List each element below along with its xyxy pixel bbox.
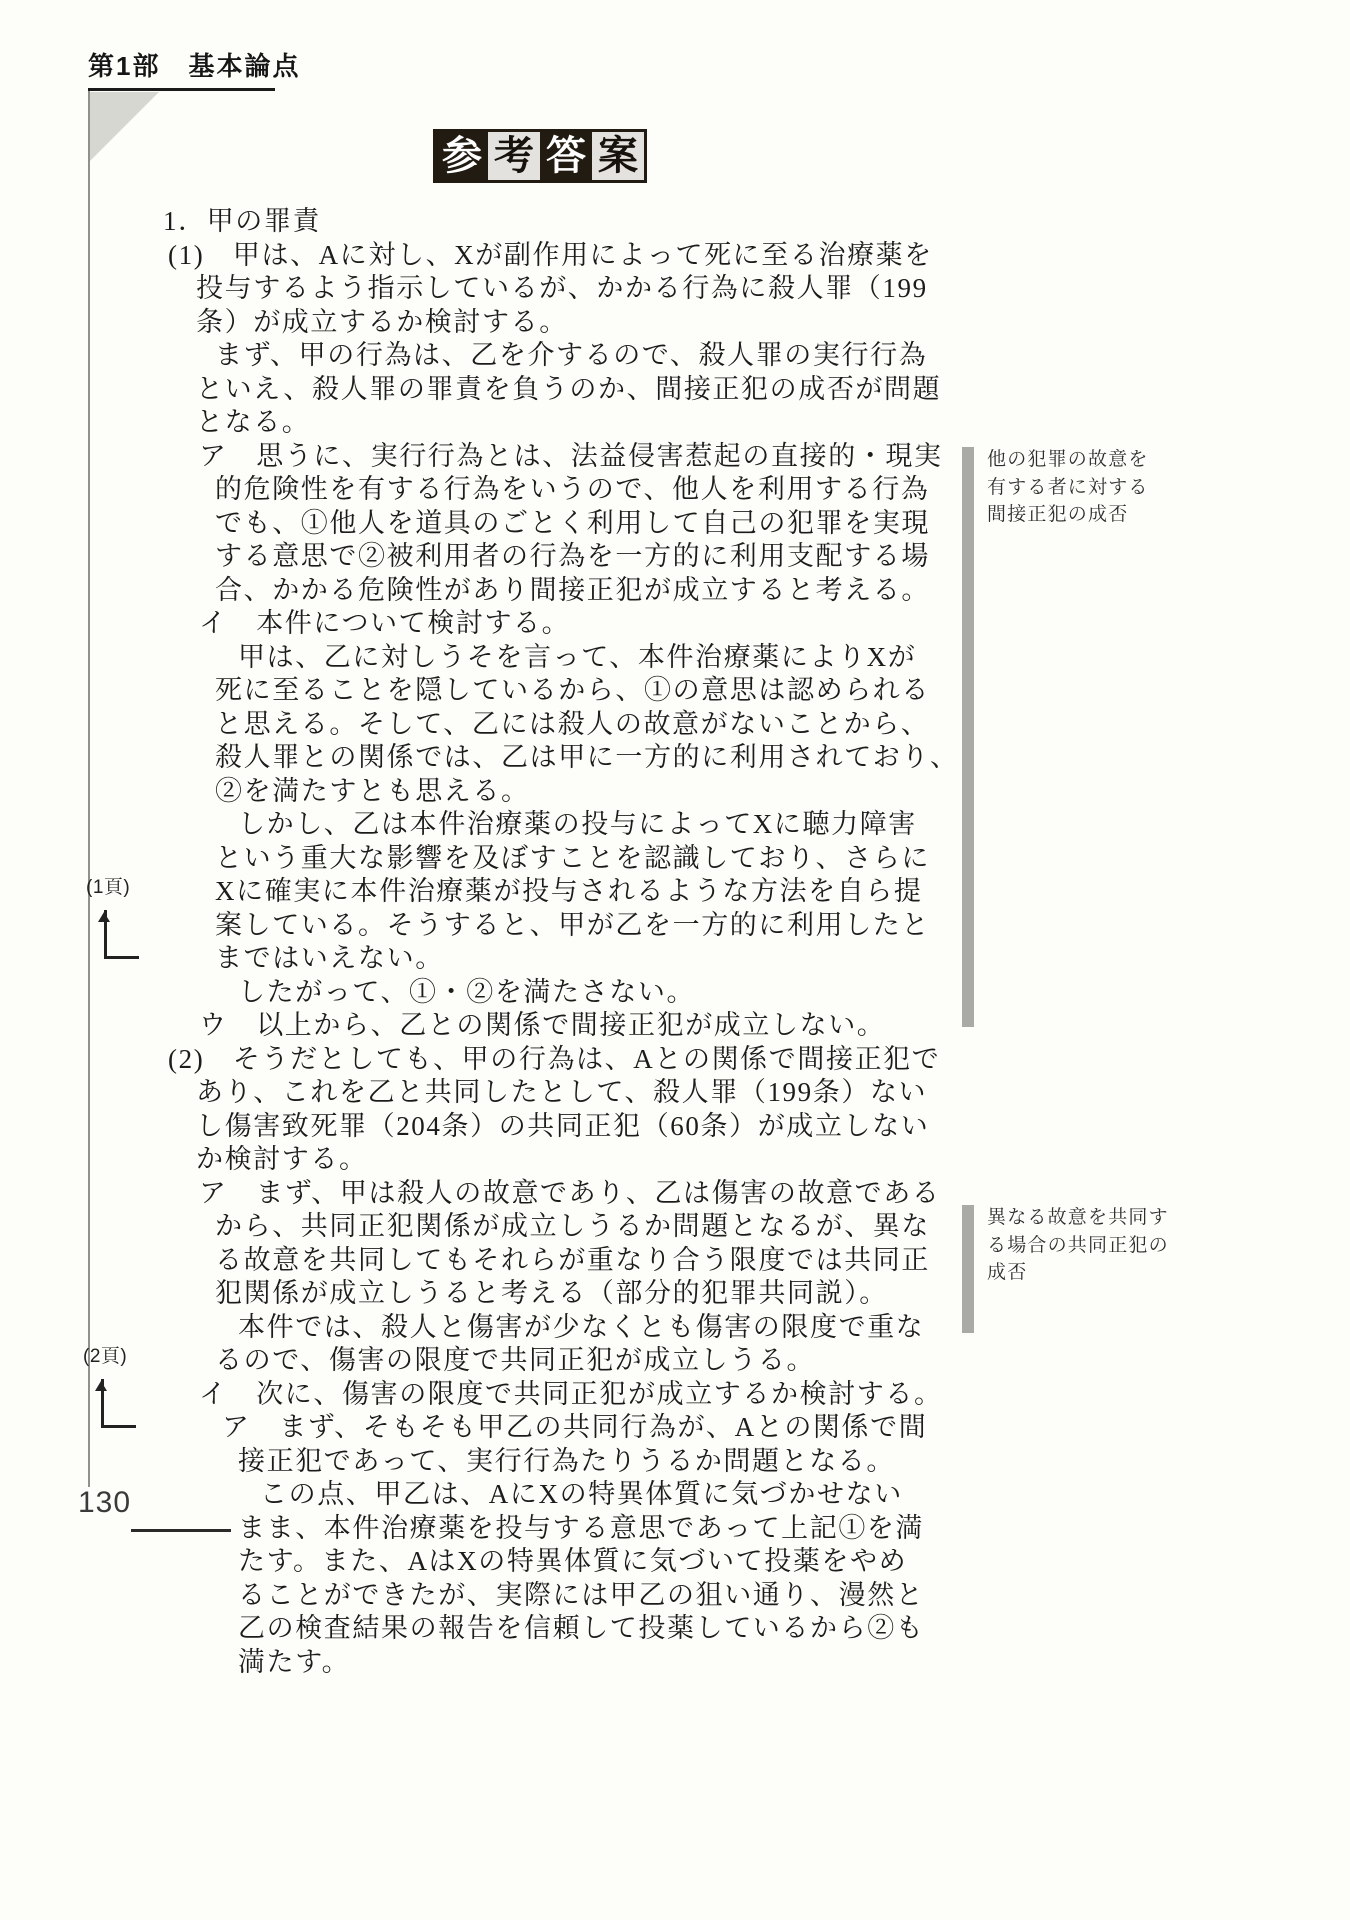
body-line: るので、傷害の限度で共同正犯が成立しうる。 [0,1344,1010,1378]
header-underline [88,88,275,91]
body-line: 投与するよう指示しているが、かかる行為に殺人罪（199 [0,272,1010,306]
body-line: となる。 [0,406,1010,440]
body-line: といえ、殺人罪の罪責を負うのか、間接正犯の成否が問題 [0,373,1010,407]
body-line: Xに確実に本件治療薬が投与されるような方法を自ら提 [0,875,1010,909]
answer-title-char: 参 [436,132,488,180]
body-line: と思える。そして、乙には殺人の故意がないことから、 [0,708,1010,742]
body-line: (1) 甲は、Aに対し、Xが副作用によって死に至る治療薬を [0,239,1010,273]
textbook-page: 第1部 基本論点 参 考 答 案 1．甲の罪責(1) 甲は、Aに対し、Xが副作用… [0,0,1350,1920]
body-line: 接正犯であって、実行行為たりうるか問題となる。 [0,1445,1010,1479]
body-line: という重大な影響を及ぼすことを認識しており、さらに [0,842,1010,876]
page-number: 130 [78,1486,131,1520]
margin-note-line: る場合の共同正犯の [987,1232,1287,1260]
page-marker-arrow-icon [104,910,139,959]
body-line: ア まず、そもそも甲乙の共同行為が、Aとの関係で間 [0,1411,1010,1445]
body-line: ア まず、甲は殺人の故意であり、乙は傷害の故意である [0,1177,1010,1211]
body-line: (2) そうだとしても、甲の行為は、Aとの関係で間接正犯で [0,1043,1010,1077]
body-line: か検討する。 [0,1143,1010,1177]
page-marker-label: (1頁) [86,872,130,899]
body-line: 乙の検査結果の報告を信頼して投薬しているから②も [0,1612,1010,1646]
margin-note: 異なる故意を共同する場合の共同正犯の成否 [987,1204,1287,1287]
footer-rule [131,1529,231,1532]
body-line: 殺人罪との関係では、乙は甲に一方的に利用されており、 [0,741,1010,775]
body-line: る故意を共同してもそれらが重なり合う限度では共同正 [0,1244,1010,1278]
body-line: 的危険性を有する行為をいうので、他人を利用する行為 [0,473,1010,507]
margin-note-line: 異なる故意を共同す [987,1204,1287,1232]
margin-note-line: 有する者に対する [987,474,1287,502]
answer-title: 参 考 答 案 [433,129,647,183]
body-line: 1．甲の罪責 [0,205,1010,239]
body-line: イ 本件について検討する。 [0,607,1010,641]
body-line: 本件では、殺人と傷害が少なくとも傷害の限度で重な [0,1311,1010,1345]
body-line: し傷害致死罪（204条）の共同正犯（60条）が成立しない [0,1110,1010,1144]
corner-fold-decoration [89,92,159,162]
body-line: 案している。そうすると、甲が乙を一方的に利用したと [0,909,1010,943]
answer-title-char: 答 [540,132,592,180]
body-line: イ 次に、傷害の限度で共同正犯が成立するか検討する。 [0,1378,1010,1412]
body-line: たす。また、AはXの特異体質に気づいて投薬をやめ [0,1545,1010,1579]
body-line: この点、甲乙は、AにXの特異体質に気づかせない [0,1478,1010,1512]
page-header: 第1部 基本論点 [88,46,300,83]
body-line: 犯関係が成立しうると考える（部分的犯罪共同説）。 [0,1277,1010,1311]
body-line: 満たす。 [0,1646,1010,1680]
body-line: まではいえない。 [0,942,1010,976]
body-line: する意思で②被利用者の行為を一方的に利用支配する場 [0,540,1010,574]
margin-note: 他の犯罪の故意を有する者に対する間接正犯の成否 [987,446,1287,529]
body-line: しかし、乙は本件治療薬の投与によってXに聴力障害 [0,808,1010,842]
margin-note-bar [962,447,974,1027]
body-line: 合、かかる危険性があり間接正犯が成立すると考える。 [0,574,1010,608]
answer-title-char: 考 [488,132,540,180]
body-line: まず、甲の行為は、乙を介するので、殺人罪の実行行為 [0,339,1010,373]
body-line: ア 思うに、実行行為とは、法益侵害惹起の直接的・現実 [0,440,1010,474]
body-line: ②を満たすとも思える。 [0,775,1010,809]
body-lines: 1．甲の罪責(1) 甲は、Aに対し、Xが副作用によって死に至る治療薬を投与するよ… [0,205,1010,1679]
margin-note-line: 成否 [987,1259,1287,1287]
margin-note-bar [962,1205,974,1333]
body-line: 甲は、乙に対しうそを言って、本件治療薬によりXが [0,641,1010,675]
page-marker-arrow-icon [101,1379,136,1428]
body-line: 死に至ることを隠しているから、①の意思は認められる [0,674,1010,708]
margin-note-line: 他の犯罪の故意を [987,446,1287,474]
body-line: 条）が成立するか検討する。 [0,306,1010,340]
margin-note-line: 間接正犯の成否 [987,501,1287,529]
body-line: ることができたが、実際には甲乙の狙い通り、漫然と [0,1579,1010,1613]
body-line: でも、①他人を道具のごとく利用して自己の犯罪を実現 [0,507,1010,541]
body-line: から、共同正犯関係が成立しうるか問題となるが、異な [0,1210,1010,1244]
answer-title-char: 案 [592,132,644,180]
body-line: あり、これを乙と共同したとして、殺人罪（199条）ない [0,1076,1010,1110]
page-marker-label: (2頁) [83,1341,127,1368]
body-line: ウ 以上から、乙との関係で間接正犯が成立しない。 [0,1009,1010,1043]
body-line: したがって、①・②を満たさない。 [0,976,1010,1010]
